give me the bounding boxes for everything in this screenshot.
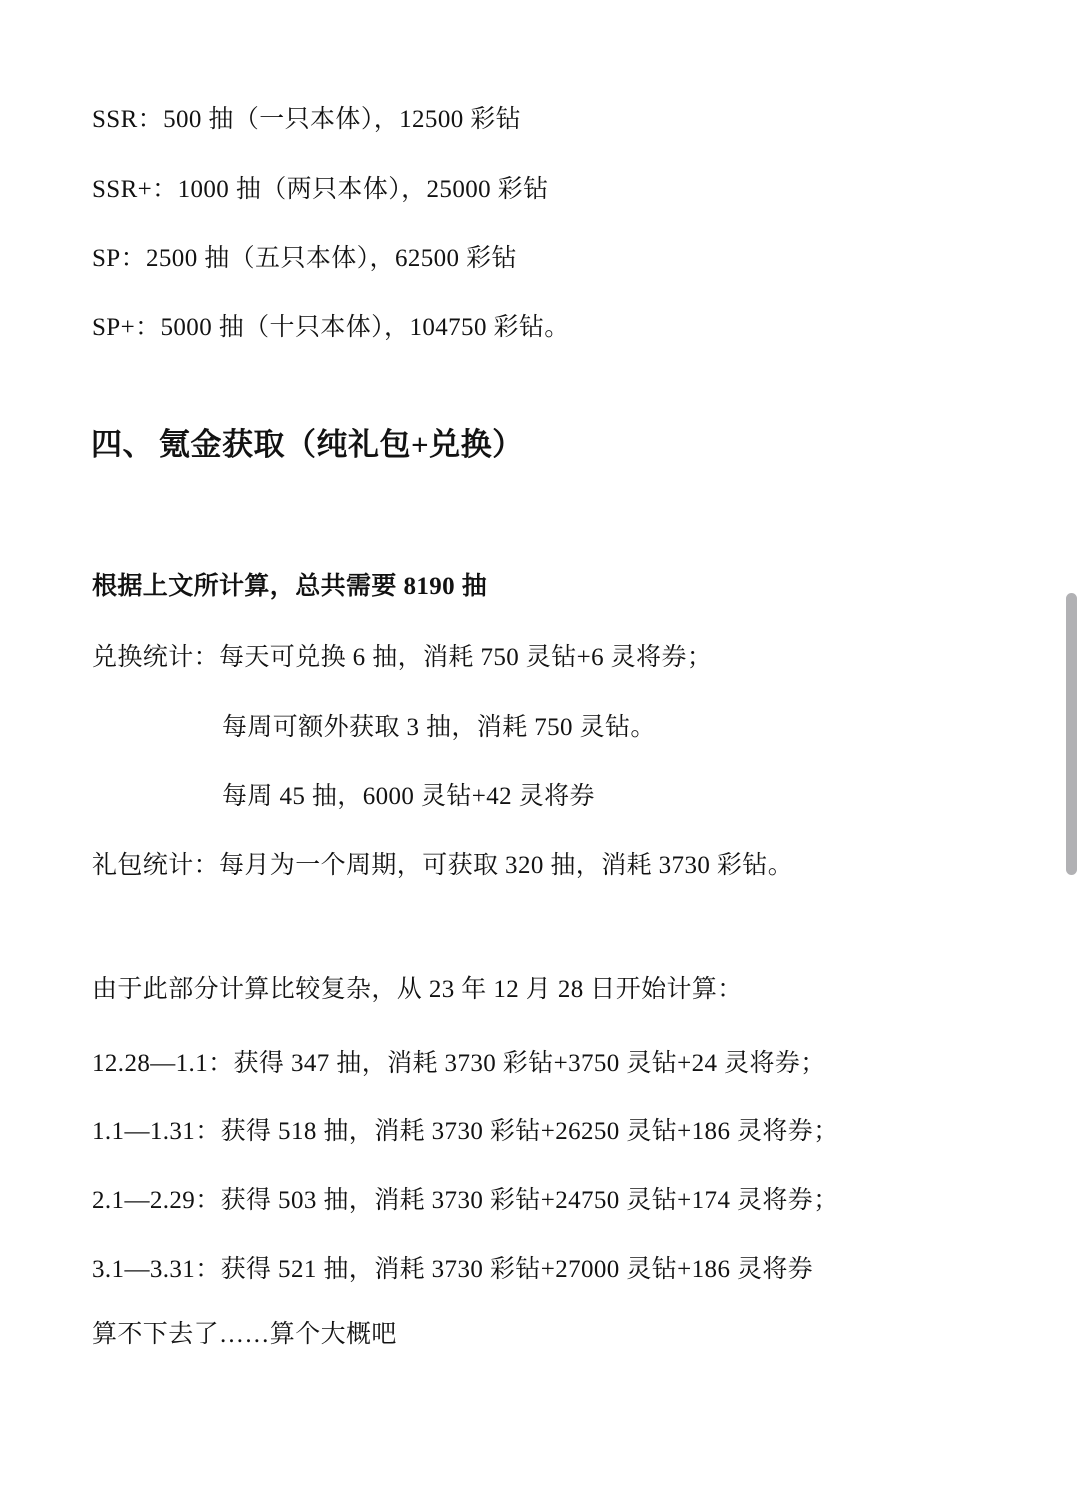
exchange-daily-line: 兑换统计：每天可兑换 6 抽，消耗 750 灵钻+6 灵将券； — [92, 644, 712, 672]
closing-line: 算不下去了……算个大概吧 — [92, 1321, 397, 1349]
exchange-weekly-total-line: 每周 45 抽，6000 灵钻+42 灵将券 — [222, 783, 595, 811]
gift-pack-stats-line: 礼包统计：每月为一个周期，可获取 320 抽，消耗 3730 彩钻。 — [92, 852, 793, 880]
period-line-mar: 3.1—3.31：获得 521 抽，消耗 3730 彩钻+27000 灵钻+18… — [92, 1256, 813, 1284]
tier-ssr-plus-line: SSR+：1000 抽（两只本体），25000 彩钻 — [92, 176, 548, 204]
period-line-feb: 2.1—2.29：获得 503 抽，消耗 3730 彩钻+24750 灵钻+17… — [92, 1187, 839, 1215]
section-heading: 四、氪金获取（纯礼包+兑换） — [91, 426, 524, 464]
calc-intro-line: 由于此部分计算比较复杂，从 23 年 12 月 28 日开始计算： — [92, 976, 743, 1004]
total-draws-line: 根据上文所计算，总共需要 8190 抽 — [92, 573, 487, 601]
document-page: SSR：500 抽（一只本体），12500 彩钻 SSR+：1000 抽（两只本… — [0, 0, 1088, 1506]
exchange-weekly-extra-line: 每周可额外获取 3 抽，消耗 750 灵钻。 — [222, 714, 656, 742]
period-line-dec: 12.28—1.1：获得 347 抽，消耗 3730 彩钻+3750 灵钻+24… — [92, 1050, 826, 1078]
heading-number: 四、 — [91, 427, 154, 462]
tier-sp-line: SP：2500 抽（五只本体），62500 彩钻 — [92, 245, 517, 273]
period-line-jan: 1.1—1.31：获得 518 抽，消耗 3730 彩钻+26250 灵钻+18… — [92, 1118, 839, 1146]
tier-sp-plus-line: SP+：5000 抽（十只本体），104750 彩钻。 — [92, 314, 570, 342]
tier-ssr-line: SSR：500 抽（一只本体），12500 彩钻 — [92, 106, 521, 134]
heading-title: 氪金获取（纯礼包+兑换） — [159, 427, 524, 462]
scrollbar-thumb[interactable] — [1066, 593, 1077, 875]
